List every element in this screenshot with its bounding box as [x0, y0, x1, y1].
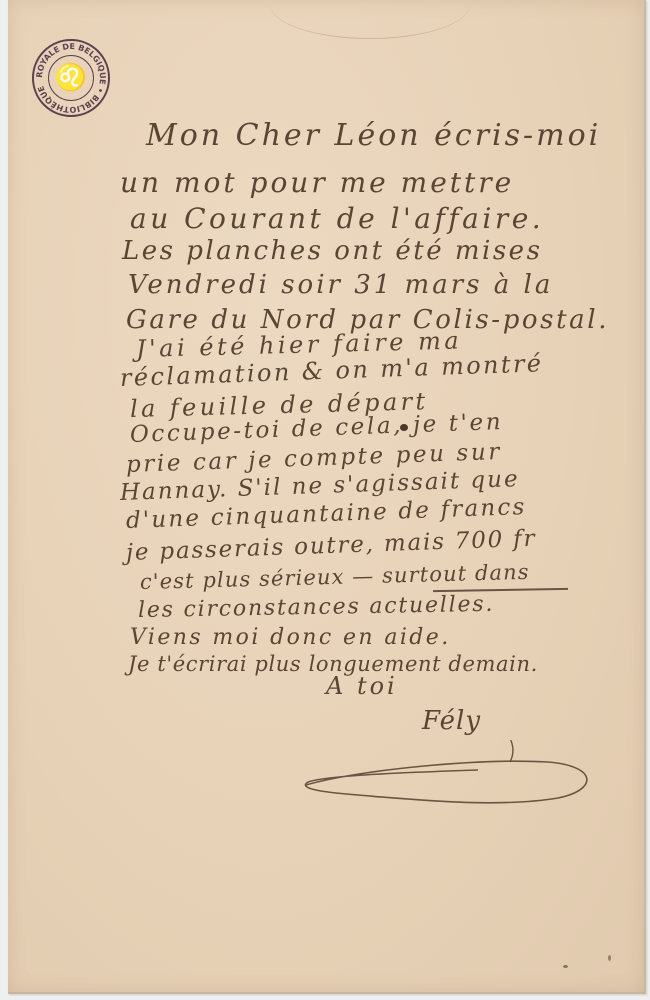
ink-blot: [400, 424, 408, 431]
letter-line: Mon Cher Léon écris-moi: [146, 118, 601, 153]
letter-signature: Fély: [422, 706, 481, 736]
letter-line: Viens moi donc en aide.: [130, 625, 451, 650]
letter-paper: ROYALE DE BELGIQUE • BIBLIOTHÈQUE ♌ Mon …: [8, 0, 646, 994]
letter-line: un mot pour me mettre: [120, 166, 514, 199]
letter-line: au Courant de l'affaire.: [130, 202, 544, 235]
letter-line: Les planches ont été mises: [122, 236, 542, 266]
letter-line: Vendredi soir 31 mars à la: [128, 270, 553, 300]
paper-stain: [563, 965, 568, 968]
letter-body: Mon Cher Léon écris-moi un mot pour me m…: [8, 0, 644, 992]
letter-line: les circonstances actuelles.: [138, 592, 495, 623]
letter-closing: A toi: [326, 672, 398, 700]
signature-flourish: [298, 740, 598, 810]
paper-stain: [608, 955, 611, 961]
line-dash: [433, 588, 568, 592]
